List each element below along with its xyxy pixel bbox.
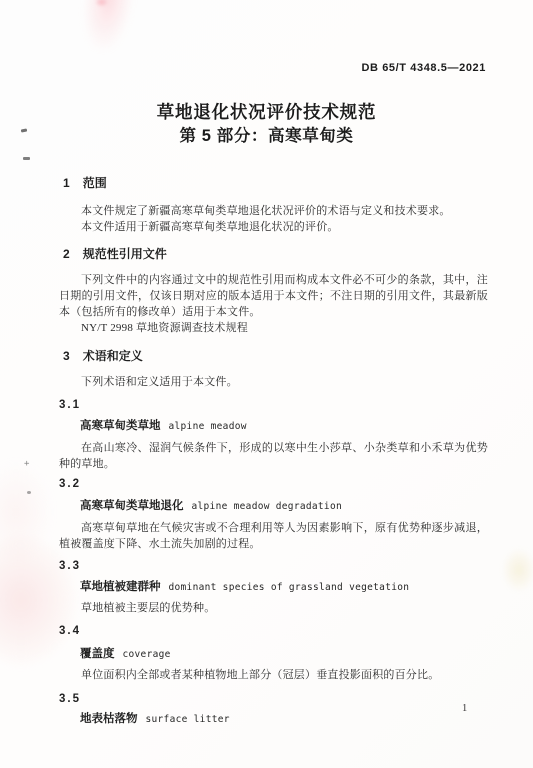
standard-code: DB 65/T 4348.5—2021: [361, 62, 486, 74]
section-2-heading: 2规范性引用文件: [59, 247, 488, 262]
scope-paragraph-1: 本文件规定了新疆高寒草甸类草地退化状况评价的术语与定义和技术要求。: [59, 203, 488, 219]
term-3-4-name: 覆盖度coverage: [59, 647, 488, 662]
pink-stain-top: [78, 0, 134, 53]
term-3-5-en: surface litter: [146, 714, 230, 725]
page-number: 1: [462, 703, 467, 714]
term-3-3-number: 3.3: [59, 559, 488, 573]
section-1-title: 范围: [83, 176, 107, 190]
section-1-heading: 1范围: [59, 176, 488, 191]
section-2-number: 2: [63, 247, 70, 262]
term-3-1-en: alpine meadow: [169, 421, 247, 432]
term-3-3-en: dominant species of grassland vegetation: [169, 582, 410, 593]
term-3-2-definition: 高寒草甸草地在气候灾害或不合理利用等人为因素影响下，原有优势种逐步减退，植被覆盖…: [59, 520, 488, 552]
term-3-3-name: 草地植被建群种dominant species of grassland veg…: [59, 580, 488, 595]
section-3-number: 3: [63, 349, 70, 364]
scope-paragraph-2: 本文件适用于新疆高寒草甸类草地退化状况的评价。: [59, 219, 488, 235]
ink-speck: [27, 491, 31, 494]
terms-intro-paragraph: 下列术语和定义适用于本文件。: [59, 374, 488, 390]
term-3-2-name: 高寒草甸类草地退化alpine meadow degradation: [59, 499, 488, 514]
term-3-4-en: coverage: [123, 649, 171, 660]
title-line-1: 草地退化状况评价技术规范: [0, 102, 533, 122]
term-3-1-zh: 高寒草甸类草地: [80, 420, 161, 432]
term-3-4-zh: 覆盖度: [80, 648, 115, 660]
plus-mark-speck: +: [24, 459, 34, 471]
term-3-5-zh: 地表枯落物: [80, 713, 138, 725]
term-3-3-zh: 草地植被建群种: [80, 581, 161, 593]
section-3-heading: 3术语和定义: [59, 349, 488, 364]
term-3-5-name: 地表枯落物surface litter: [59, 712, 488, 727]
section-2-title: 规范性引用文件: [83, 247, 167, 261]
term-3-2-number: 3.2: [59, 477, 488, 491]
section-1-number: 1: [63, 176, 70, 191]
term-3-2-en: alpine meadow degradation: [192, 501, 343, 512]
term-3-4-number: 3.4: [59, 624, 488, 638]
ink-speck: [23, 157, 30, 160]
term-3-4-definition: 单位面积内全部或者某种植物地上部分（冠层）垂直投影面积的百分比。: [59, 667, 488, 683]
document-body: 1范围 本文件规定了新疆高寒草甸类草地退化状况评价的术语与定义和技术要求。 本文…: [59, 170, 488, 727]
term-3-1-number: 3.1: [59, 398, 488, 412]
scanned-document-page: + DB 65/T 4348.5—2021 草地退化状况评价技术规范 第 5 部…: [0, 0, 533, 768]
term-3-1-definition: 在高山寒冷、湿润气候条件下，形成的以寒中生小莎草、小杂类草和小禾草为优势种的草地…: [59, 440, 488, 472]
term-3-5-number: 3.5: [59, 692, 488, 706]
title-line-2: 第 5 部分：高寒草甸类: [0, 127, 533, 146]
normative-references-paragraph: 下列文件中的内容通过文中的规范性引用而构成本文件必不可少的条款，其中，注日期的引…: [59, 272, 488, 320]
normative-reference-item: NY/T 2998 草地资源调查技术规程: [59, 320, 488, 336]
section-3-title: 术语和定义: [83, 349, 143, 363]
document-title: 草地退化状况评价技术规范 第 5 部分：高寒草甸类: [0, 102, 533, 146]
term-3-2-zh: 高寒草甸类草地退化: [80, 500, 184, 512]
yellow-stain-right: [502, 548, 533, 592]
term-3-1-name: 高寒草甸类草地alpine meadow: [59, 419, 488, 434]
term-3-3-definition: 草地植被主要层的优势种。: [59, 600, 488, 616]
